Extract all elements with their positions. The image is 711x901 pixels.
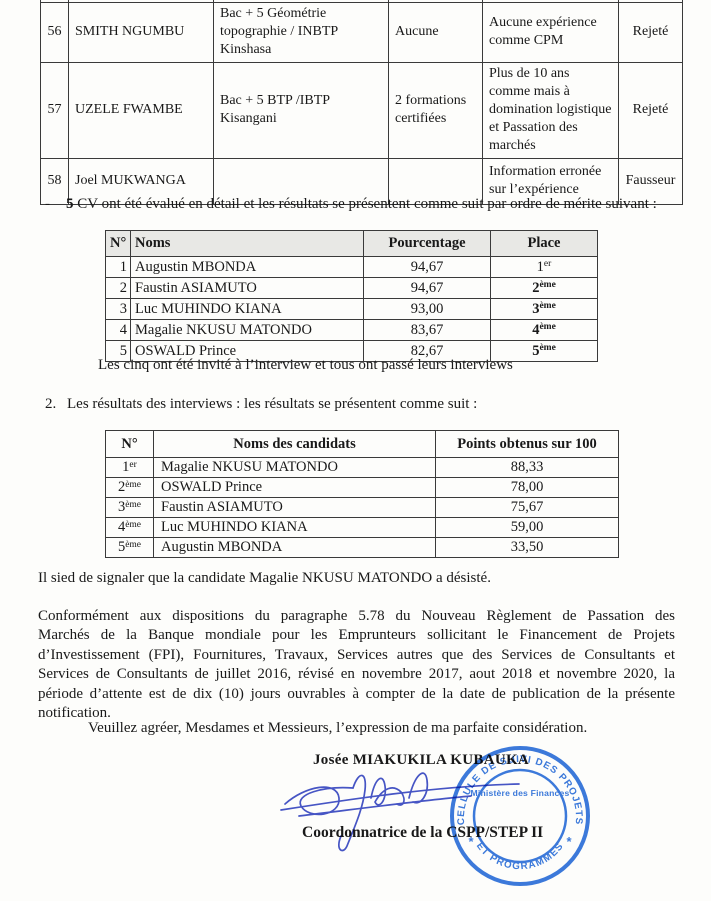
regulation-paragraph: Conformément aux dispositions du paragra… <box>38 607 675 723</box>
cell-number: 3 <box>106 299 131 320</box>
official-round-stamp: CELLULE DE SUIVI DES PROJETS ET PROGRAMM… <box>447 742 593 892</box>
header-names: Noms <box>131 231 364 257</box>
place-ordinal-suffix: er <box>544 259 551 269</box>
cell-percentage: 94,67 <box>364 257 491 278</box>
place-ordinal-suffix: ème <box>539 343 555 353</box>
cell-points: 33,50 <box>436 538 619 558</box>
cell-rank: 3ème <box>106 498 154 518</box>
cell-name: Augustin MBONDA <box>131 257 364 278</box>
candidates-table: 56 SMITH NGUMBU Bac + 5 Géométrie topogr… <box>40 0 683 205</box>
cell-name: Magalie NKUSU MATONDO <box>131 320 364 341</box>
table-header-row: N° Noms des candidats Points obtenus sur… <box>106 431 619 458</box>
cv-intro-text: CV ont été évalué en détail et les résul… <box>74 196 657 212</box>
cell-name: UZELE FWAMBE <box>69 62 214 158</box>
cell-name: Luc MUHINDO KIANA <box>131 299 364 320</box>
stamp-arc-bottom-text: ET PROGRAMMES <box>474 841 566 873</box>
cell-decision: Rejeté <box>619 3 683 63</box>
withdrawal-paragraph: Il sied de signaler que la candidate Mag… <box>38 570 678 587</box>
cell-place: 4ème <box>491 320 598 341</box>
merit-table: N° Noms Pourcentage Place 1 Augustin MBO… <box>105 230 598 362</box>
cell-number: 2 <box>106 278 131 299</box>
cell-number: 56 <box>41 3 69 63</box>
cell-points: 88,33 <box>436 458 619 478</box>
cell-points: 78,00 <box>436 478 619 498</box>
rank-ordinal-suffix: ème <box>125 480 141 490</box>
cell-name: Luc MUHINDO KIANA <box>154 518 436 538</box>
cell-name: Magalie NKUSU MATONDO <box>154 458 436 478</box>
rank-ordinal-suffix: ème <box>125 520 141 530</box>
cv-count: 5 <box>66 196 74 212</box>
section-number: 2. <box>45 396 67 413</box>
place-ordinal-suffix: ème <box>539 280 555 290</box>
cell-experience: Aucune expérience comme CPM <box>483 3 619 63</box>
cell-place: 1er <box>491 257 598 278</box>
header-candidate-names: Noms des candidats <box>154 431 436 458</box>
closing-paragraph: Veuillez agréer, Mesdames et Messieurs, … <box>88 720 587 737</box>
cell-experience: Plus de 10 ans comme mais à domination l… <box>483 62 619 158</box>
cell-name: Faustin ASIAMUTO <box>131 278 364 299</box>
rank-ordinal-suffix: er <box>129 460 136 470</box>
table-row: 2 Faustin ASIAMUTO 94,67 2ème <box>106 278 598 299</box>
table-row: 3 Luc MUHINDO KIANA 93,00 3ème <box>106 299 598 320</box>
cell-trainings: Aucune <box>389 3 483 63</box>
stamp-star-right: * <box>566 834 572 849</box>
cell-percentage: 83,67 <box>364 320 491 341</box>
cell-number: 57 <box>41 62 69 158</box>
cell-name: Augustin MBONDA <box>154 538 436 558</box>
table-row: 3ème Faustin ASIAMUTO 75,67 <box>106 498 619 518</box>
table-row: 4 Magalie NKUSU MATONDO 83,67 4ème <box>106 320 598 341</box>
table-row: 4ème Luc MUHINDO KIANA 59,00 <box>106 518 619 538</box>
document-page: 56 SMITH NGUMBU Bac + 5 Géométrie topogr… <box>0 0 711 901</box>
table-row: 1 Augustin MBONDA 94,67 1er <box>106 257 598 278</box>
cell-decision: Rejeté <box>619 62 683 158</box>
place-value: 1 <box>537 259 544 275</box>
stamp-center-text: Ministère des Finances <box>471 788 570 798</box>
cell-percentage: 94,67 <box>364 278 491 299</box>
table-row: 1er Magalie NKUSU MATONDO 88,33 <box>106 458 619 478</box>
header-percentage: Pourcentage <box>364 231 491 257</box>
section-title: Les résultats des interviews : les résul… <box>67 396 477 412</box>
cell-place: 3ème <box>491 299 598 320</box>
cell-place: 2ème <box>491 278 598 299</box>
cell-education: Bac + 5 BTP /IBTP Kisangani <box>214 62 389 158</box>
cell-rank: 4ème <box>106 518 154 538</box>
place-ordinal-suffix: ème <box>539 301 555 311</box>
rank-ordinal-suffix: ème <box>125 540 141 550</box>
svg-text:ET PROGRAMMES: ET PROGRAMMES <box>474 841 566 873</box>
list-dash: - <box>38 196 66 213</box>
table-header-row: N° Noms Pourcentage Place <box>106 231 598 257</box>
cv-results-intro: -5 CV ont été évalué en détail et les ré… <box>38 196 683 213</box>
cell-name: OSWALD Prince <box>154 478 436 498</box>
cell-percentage: 93,00 <box>364 299 491 320</box>
cell-rank: 5ème <box>106 538 154 558</box>
cell-rank: 1er <box>106 458 154 478</box>
stamp-star-left: * <box>468 834 474 849</box>
table-row: 57 UZELE FWAMBE Bac + 5 BTP /IBTP Kisang… <box>41 62 683 158</box>
place-ordinal-suffix: ème <box>539 322 555 332</box>
interview-results-heading: 2.Les résultats des interviews : les rés… <box>45 396 477 413</box>
table-row: 2ème OSWALD Prince 78,00 <box>106 478 619 498</box>
cell-education: Bac + 5 Géométrie topographie / INBTP Ki… <box>214 3 389 63</box>
cell-name: SMITH NGUMBU <box>69 3 214 63</box>
header-number: N° <box>106 431 154 458</box>
cell-trainings: 2 formations certifiées <box>389 62 483 158</box>
cell-number: 1 <box>106 257 131 278</box>
header-points: Points obtenus sur 100 <box>436 431 619 458</box>
cell-name: Faustin ASIAMUTO <box>154 498 436 518</box>
cell-points: 75,67 <box>436 498 619 518</box>
interview-invitation-note: Les cinq ont été invité à l’interview et… <box>98 357 513 374</box>
header-place: Place <box>491 231 598 257</box>
interview-results-table: N° Noms des candidats Points obtenus sur… <box>105 430 619 558</box>
table-row: 5ème Augustin MBONDA 33,50 <box>106 538 619 558</box>
header-number: N° <box>106 231 131 257</box>
cell-number: 4 <box>106 320 131 341</box>
cell-points: 59,00 <box>436 518 619 538</box>
rank-ordinal-suffix: ème <box>125 500 141 510</box>
cell-rank: 2ème <box>106 478 154 498</box>
table-row: 56 SMITH NGUMBU Bac + 5 Géométrie topogr… <box>41 3 683 63</box>
